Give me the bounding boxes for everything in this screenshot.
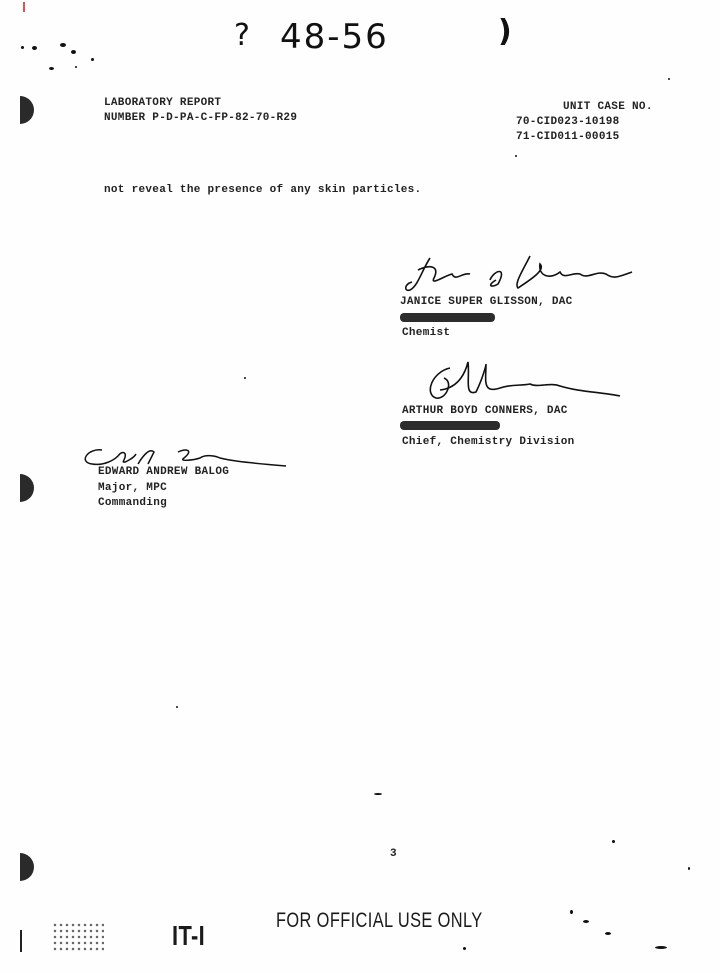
red-margin-mark bbox=[23, 2, 25, 12]
redaction-bar bbox=[400, 313, 495, 322]
scan-speck bbox=[668, 78, 670, 80]
scan-speck bbox=[176, 706, 178, 708]
signer-title-glisson: Chemist bbox=[402, 326, 450, 340]
scan-speck bbox=[688, 867, 690, 870]
scan-speck bbox=[91, 58, 94, 61]
scan-speck bbox=[605, 932, 611, 935]
punch-hole bbox=[20, 96, 34, 124]
signer-name-conners: ARTHUR BOYD CONNERS, DAC bbox=[402, 404, 568, 418]
handwritten-right-mark: ) bbox=[498, 14, 512, 49]
report-title: LABORATORY REPORT bbox=[104, 96, 221, 110]
scan-speck bbox=[60, 43, 66, 47]
punch-hole bbox=[20, 474, 34, 502]
signer-title-conners: Chief, Chemistry Division bbox=[402, 435, 575, 449]
signer-rank-balog: Major, MPC bbox=[98, 481, 167, 495]
unit-case-label: UNIT CASE NO. bbox=[563, 100, 653, 114]
signature-conners bbox=[420, 360, 660, 410]
footer-stamp-mark: IT-I bbox=[172, 920, 205, 952]
case-number-2: 71-CID011-00015 bbox=[516, 130, 620, 144]
classification-marking: FOR OFFICIAL USE ONLY bbox=[276, 909, 483, 933]
scan-speck bbox=[463, 947, 466, 950]
scan-speck bbox=[583, 920, 589, 923]
signer-name-balog: EDWARD ANDREW BALOG bbox=[98, 465, 229, 479]
body-text: not reveal the presence of any skin part… bbox=[104, 183, 421, 197]
scan-speck bbox=[71, 50, 76, 54]
scan-speck bbox=[75, 66, 77, 68]
signer-name-glisson: JANICE SUPER GLISSON, DAC bbox=[400, 295, 573, 309]
scan-speck bbox=[244, 377, 246, 379]
scan-speck bbox=[49, 67, 54, 70]
scan-speck bbox=[570, 910, 573, 914]
scan-speck bbox=[655, 946, 667, 949]
case-number-1: 70-CID023-10198 bbox=[516, 115, 620, 129]
signature-glisson bbox=[400, 250, 640, 300]
handwritten-left-mark: ? bbox=[234, 18, 250, 53]
footer-left-rule bbox=[20, 930, 22, 952]
scan-speck bbox=[21, 46, 24, 49]
punch-hole bbox=[20, 853, 34, 881]
report-number: NUMBER P-D-PA-C-FP-82-70-R29 bbox=[104, 111, 297, 125]
scan-speck bbox=[374, 793, 382, 795]
redaction-bar bbox=[400, 421, 500, 430]
scan-speck bbox=[515, 155, 517, 157]
footer-stamp-noise bbox=[52, 922, 104, 952]
page-number: 3 bbox=[390, 847, 397, 861]
handwritten-doc-number: 48-56 bbox=[280, 17, 389, 57]
scan-speck bbox=[612, 840, 615, 843]
signer-title-balog: Commanding bbox=[98, 496, 167, 510]
scan-speck bbox=[32, 46, 37, 50]
